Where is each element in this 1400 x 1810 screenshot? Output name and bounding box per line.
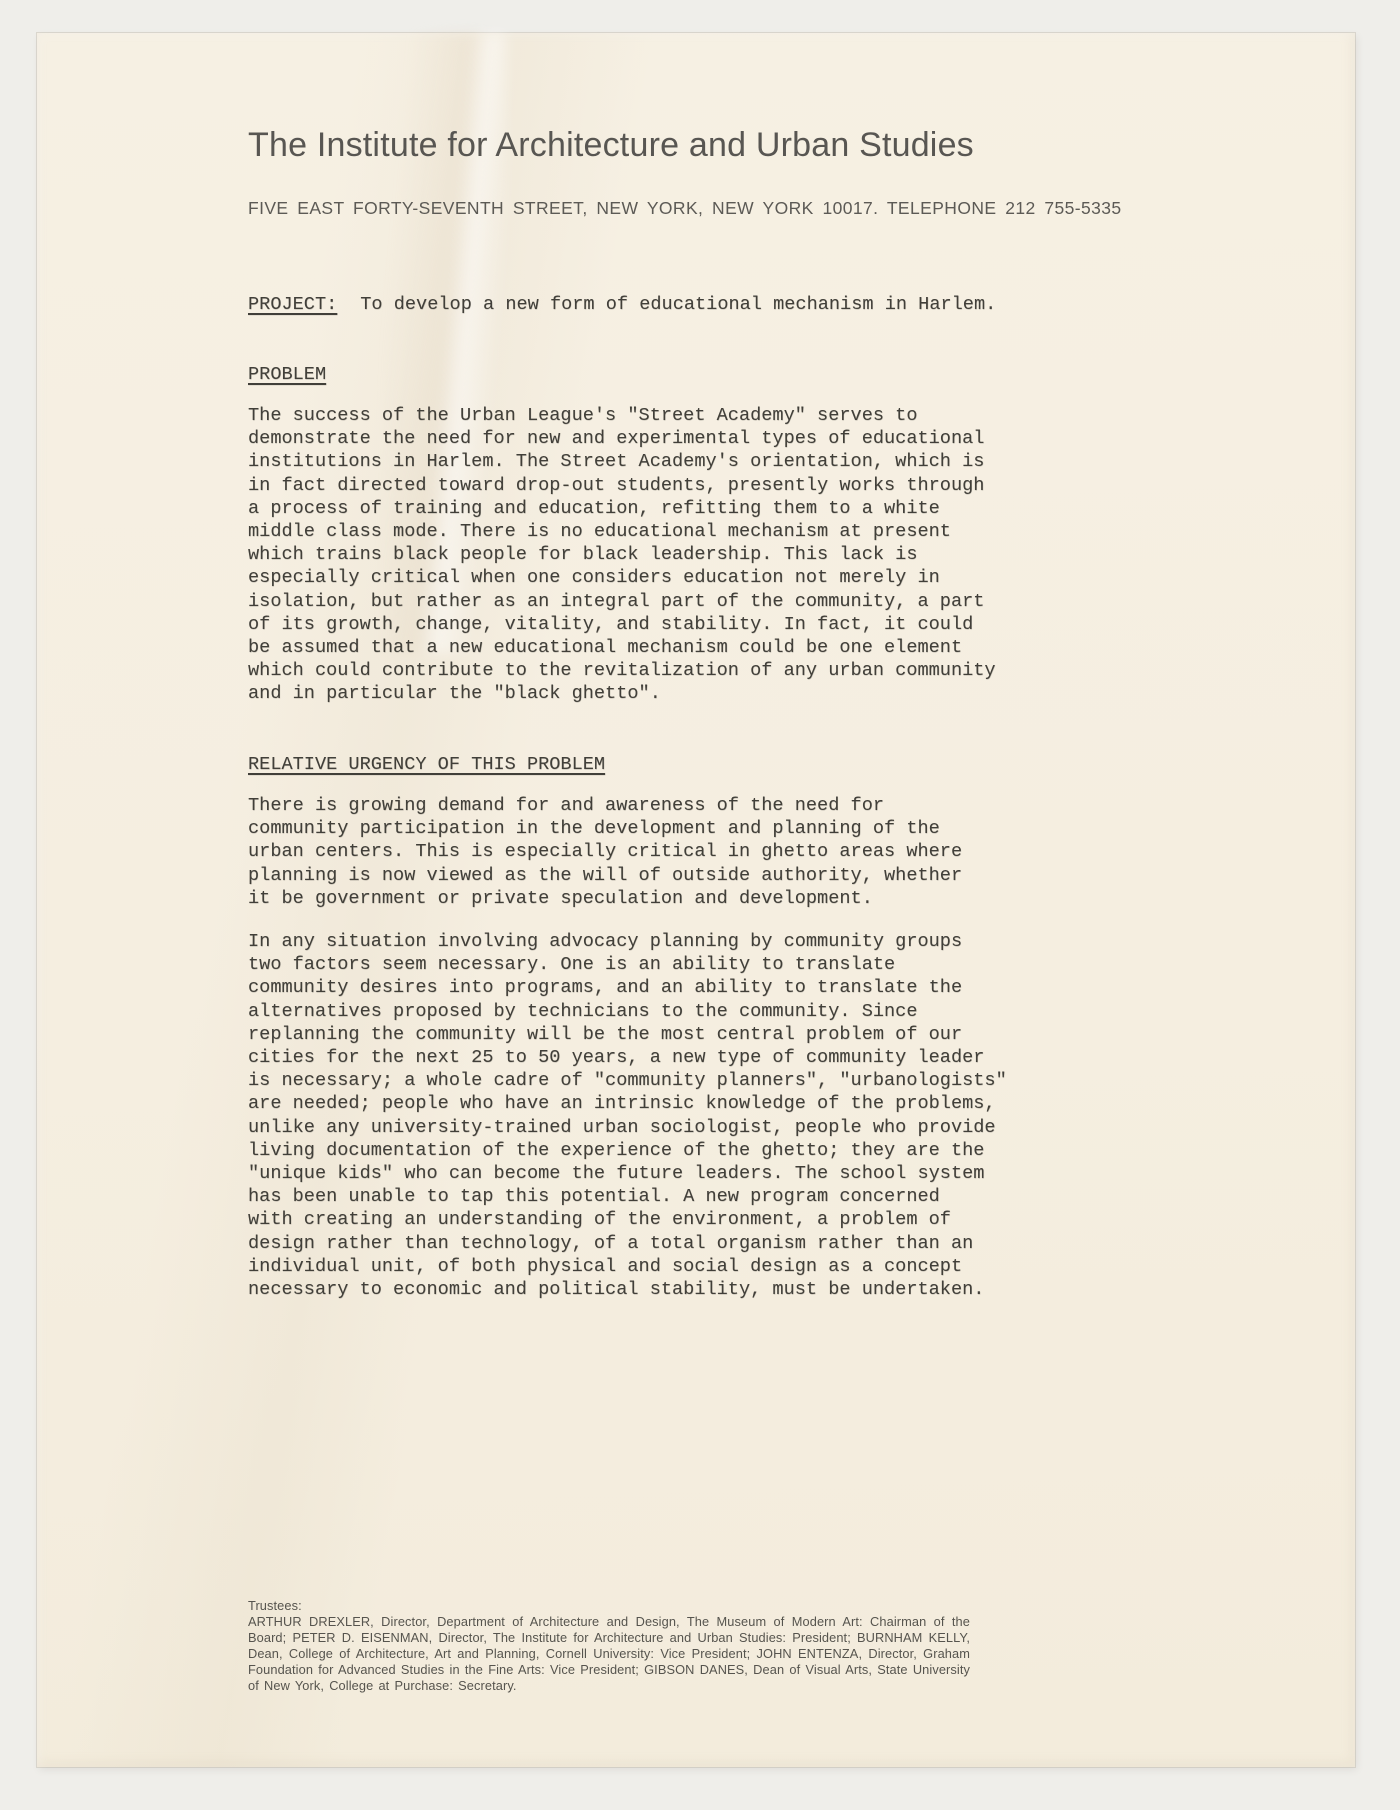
trustees-text: ARTHUR DREXLER, Director, Department of … (248, 1614, 970, 1694)
section-heading-relative-urgency: RELATIVE URGENCY OF THIS PROBLEM (248, 753, 605, 776)
scanned-letter-page: The Institute for Architecture and Urban… (37, 33, 1355, 1767)
section-heading-problem: PROBLEM (248, 363, 326, 386)
urgency-paragraph-1: There is growing demand for and awarenes… (248, 794, 1048, 910)
letterhead-address-line: FIVE EAST FORTY-SEVENTH STREET, NEW YORK… (248, 198, 1122, 219)
trustees-label: Trustees: (248, 1598, 970, 1614)
problem-paragraph: The success of the Urban League's "Stree… (248, 404, 1048, 706)
trustees-footer: Trustees: ARTHUR DREXLER, Director, Depa… (248, 1598, 970, 1695)
project-text: To develop a new form of educational mec… (360, 294, 996, 315)
project-label: PROJECT: (248, 294, 337, 315)
letterhead-org-name: The Institute for Architecture and Urban… (248, 126, 974, 164)
urgency-paragraph-2: In any situation involving advocacy plan… (248, 930, 1048, 1301)
project-line: PROJECT:To develop a new form of educati… (248, 293, 996, 316)
